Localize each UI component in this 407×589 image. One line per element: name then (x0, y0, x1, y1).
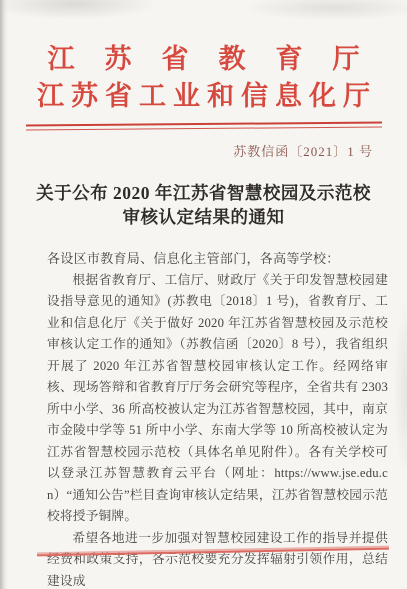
scanned-document-page: 江苏省教育厅 江苏省工业和信息化厅 苏教信函〔2021〕1 号 关于公布 202… (0, 0, 407, 589)
agency-name-line1: 江苏省教育厅 (0, 42, 407, 76)
body-paragraph-2: 希望各地进一步加强对智慧校园建设工作的指导并提供经费和政策支持，各示范校要充分发… (47, 528, 388, 589)
salutation-line: 各设区市教育局、信息化主管部门，各高等学校： (47, 248, 387, 270)
scan-top-smudge (0, 0, 407, 42)
body-paragraph-1: 根据省教育厅、工信厅、财政厅《关于印发智慧校园建设指导意见的通知》(苏教电〔20… (47, 270, 388, 528)
document-title-line1: 关于公布 2020 年江苏省智慧校园及示范校 (0, 181, 407, 205)
agency-name-line2: 江苏省工业和信息化厅 (0, 79, 407, 113)
letterhead: 江苏省教育厅 江苏省工业和信息化厅 苏教信函〔2021〕1 号 (0, 42, 407, 160)
document-title-line2: 审核认定结果的通知 (0, 205, 407, 229)
document-title: 关于公布 2020 年江苏省智慧校园及示范校 审核认定结果的通知 (0, 181, 407, 229)
letterhead-divider (25, 121, 381, 130)
document-number: 苏教信函〔2021〕1 号 (0, 141, 407, 160)
